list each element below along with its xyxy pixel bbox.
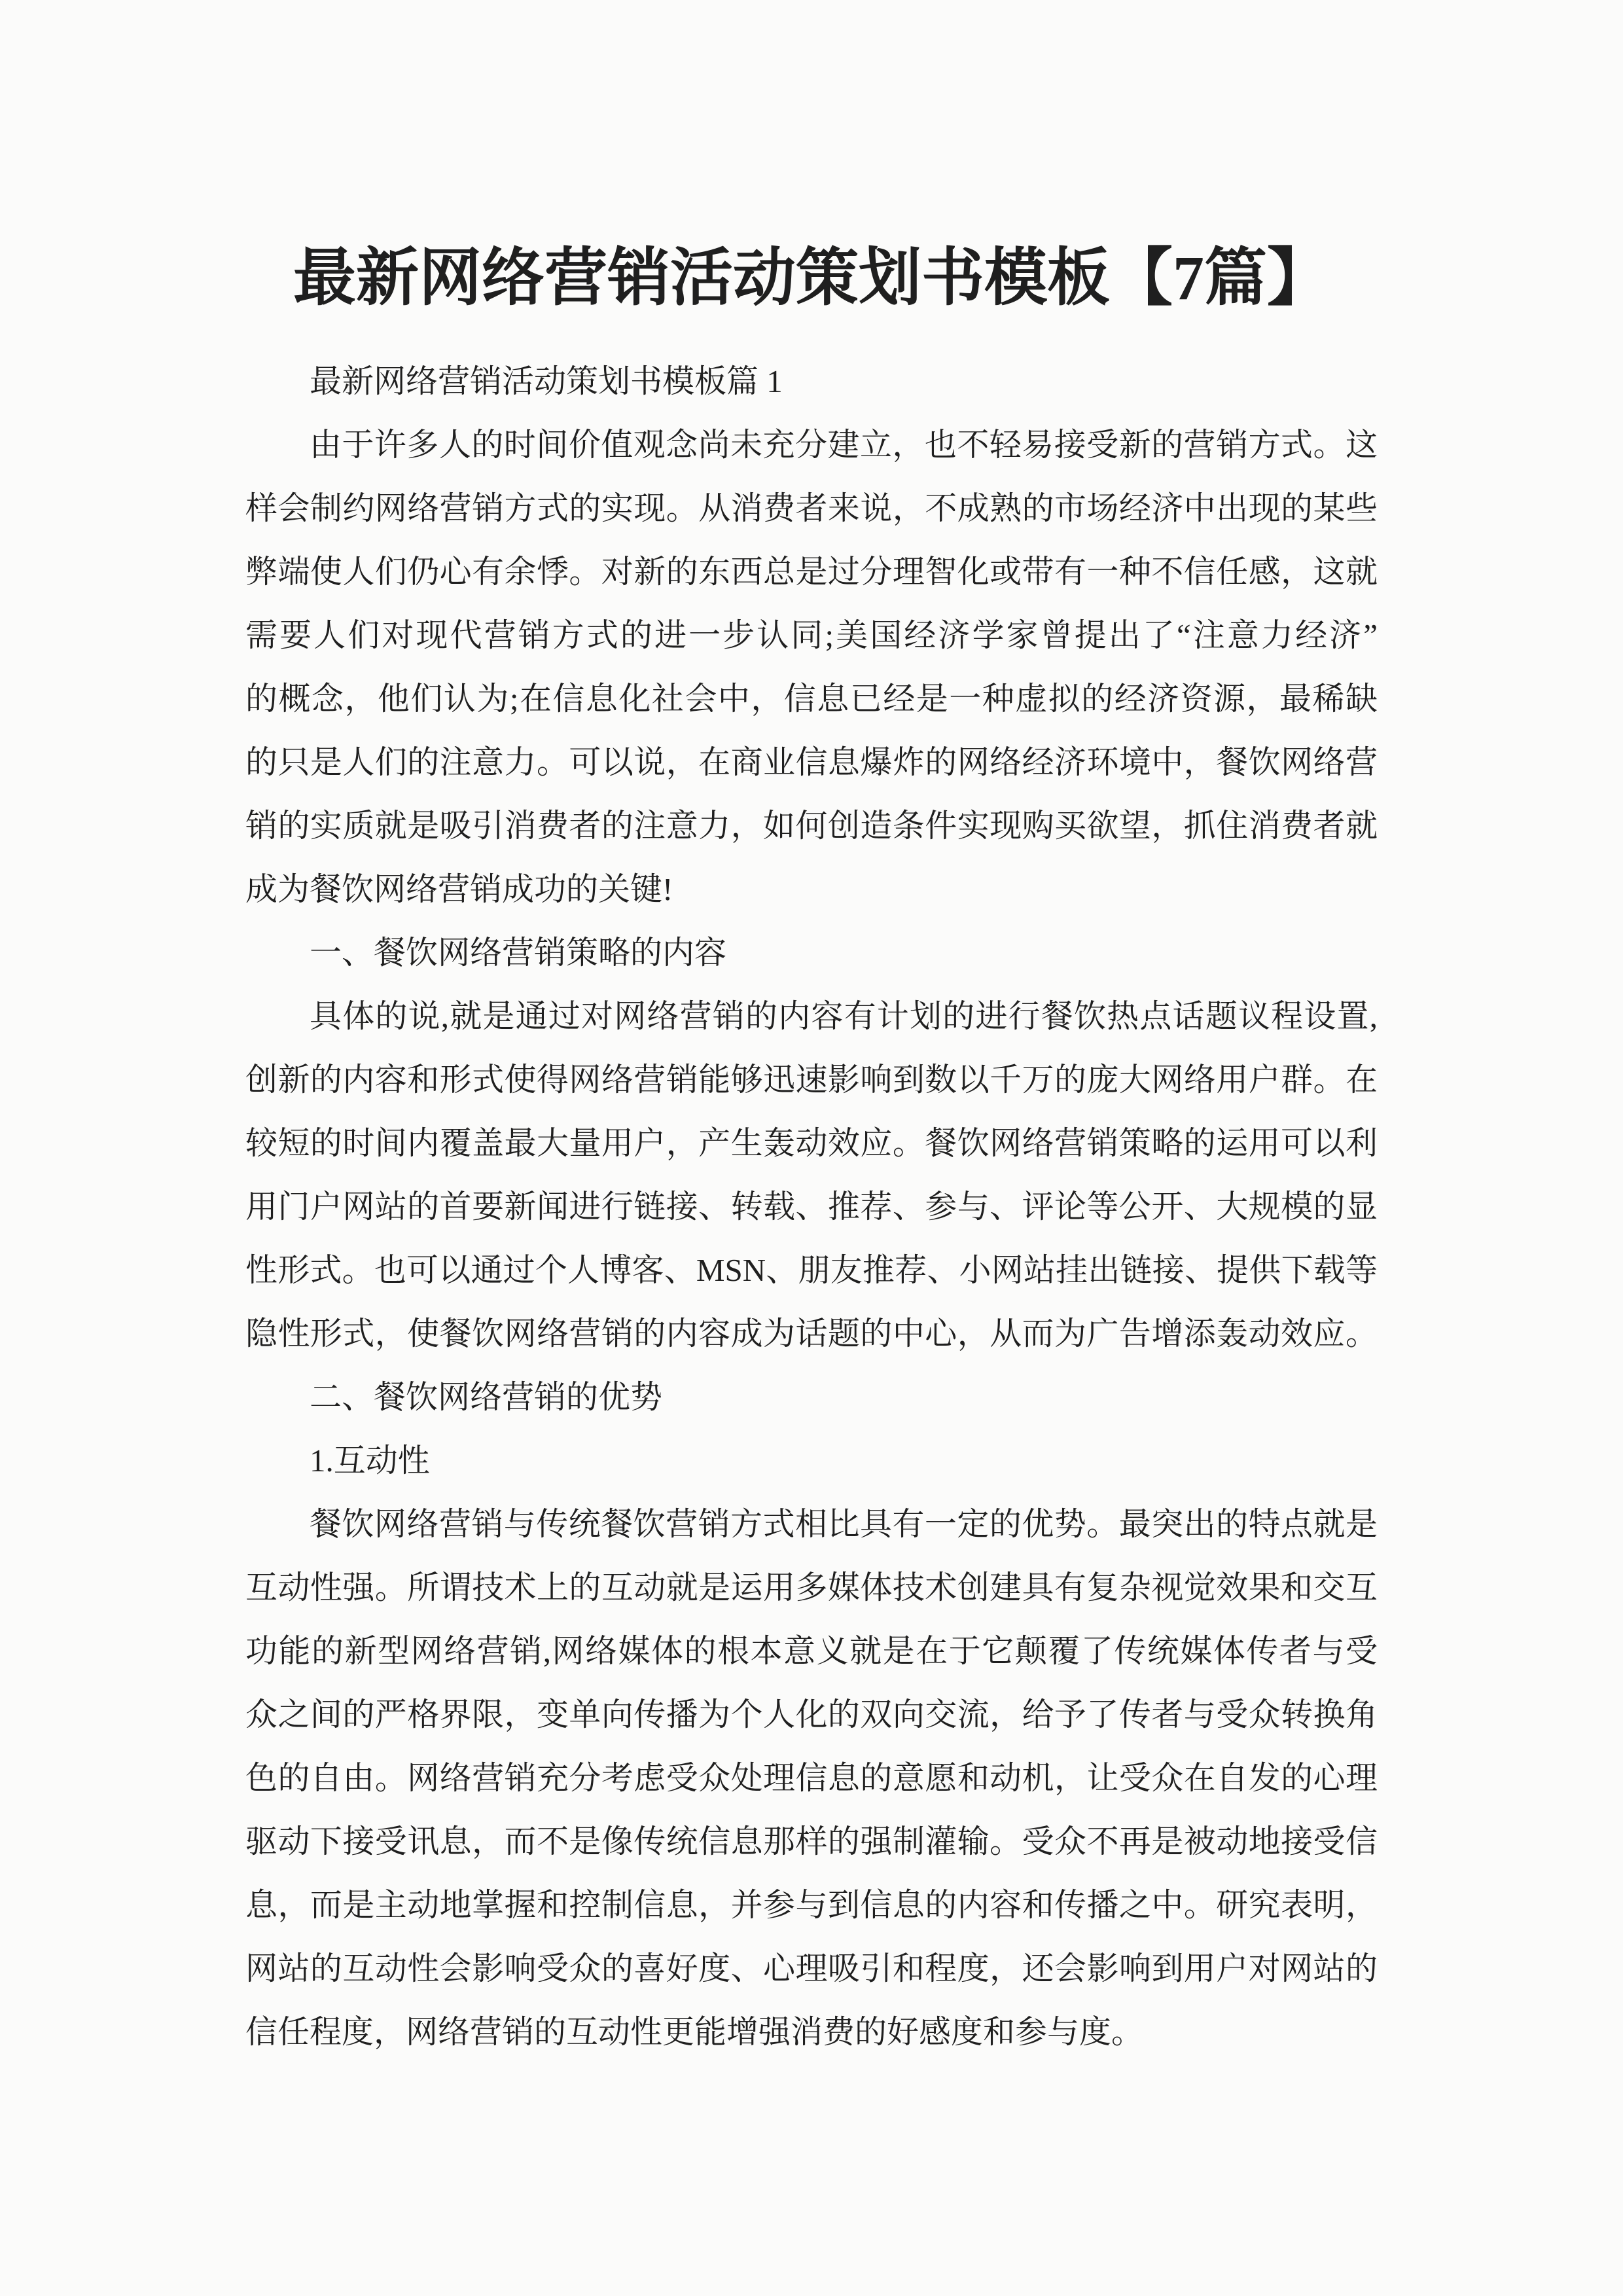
body-line: 最新网络营销活动策划书模板篇 1: [245, 350, 1378, 413]
document-title: 最新网络营销活动策划书模板【7篇】: [245, 233, 1378, 323]
body-line: 驱动下接受讯息，而不是像传统信息那样的强制灌输。受众不再是被动地接受信: [245, 1810, 1378, 1873]
body-line: 网站的互动性会影响受众的喜好度、心理吸引和程度，还会影响到用户对网站的: [245, 1937, 1378, 2000]
body-line: 1.互动性: [245, 1429, 1378, 1492]
document-body: 最新网络营销活动策划书模板篇 1由于许多人的时间价值观念尚未充分建立，也不轻易接…: [245, 350, 1378, 2064]
body-line: 互动性强。所谓技术上的互动就是运用多媒体技术创建具有复杂视觉效果和交互: [245, 1556, 1378, 1619]
body-line: 餐饮网络营销与传统餐饮营销方式相比具有一定的优势。最突出的特点就是: [245, 1492, 1378, 1556]
body-line: 众之间的严格界限，变单向传播为个人化的双向交流，给予了传者与受众转换角: [245, 1683, 1378, 1746]
body-line: 的只是人们的注意力。可以说，在商业信息爆炸的网络经济环境中，餐饮网络营: [245, 730, 1378, 794]
body-line: 由于许多人的时间价值观念尚未充分建立，也不轻易接受新的营销方式。这: [245, 413, 1378, 476]
document-page: 最新网络营销活动策划书模板【7篇】 最新网络营销活动策划书模板篇 1由于许多人的…: [0, 0, 1623, 2296]
body-line: 创新的内容和形式使得网络营销能够迅速影响到数以千万的庞大网络用户群。在: [245, 1048, 1378, 1111]
body-line: 弊端使人们仍心有余悸。对新的东西总是过分理智化或带有一种不信任感，这就: [245, 540, 1378, 603]
body-line: 隐性形式，使餐饮网络营销的内容成为话题的中心，从而为广告增添轰动效应。: [245, 1302, 1378, 1365]
body-line: 功能的新型网络营销,网络媒体的根本意义就是在于它颠覆了传统媒体传者与受: [245, 1619, 1378, 1683]
body-line: 的概念，他们认为;在信息化社会中，信息已经是一种虚拟的经济资源，最稀缺: [245, 667, 1378, 730]
body-line: 较短的时间内覆盖最大量用户，产生轰动效应。餐饮网络营销策略的运用可以利: [245, 1111, 1378, 1175]
body-line: 需要人们对现代营销方式的进一步认同;美国经济学家曾提出了“注意力经济”: [245, 603, 1378, 667]
body-line: 色的自由。网络营销充分考虑受众处理信息的意愿和动机，让受众在自发的心理: [245, 1746, 1378, 1810]
body-line: 信任程度，网络营销的互动性更能增强消费的好感度和参与度。: [245, 2000, 1378, 2064]
body-line: 息，而是主动地掌握和控制信息，并参与到信息的内容和传播之中。研究表明，: [245, 1873, 1378, 1937]
body-line: 一、餐饮网络营销策略的内容: [245, 921, 1378, 984]
body-line: 用门户网站的首要新闻进行链接、转载、推荐、参与、评论等公开、大规模的显: [245, 1175, 1378, 1238]
body-line: 成为餐饮网络营销成功的关键!: [245, 857, 1378, 921]
body-line: 销的实质就是吸引消费者的注意力，如何创造条件实现购买欲望，抓住消费者就: [245, 794, 1378, 857]
body-line: 具体的说,就是通过对网络营销的内容有计划的进行餐饮热点话题议程设置,: [245, 984, 1378, 1048]
body-line: 样会制约网络营销方式的实现。从消费者来说，不成熟的市场经济中出现的某些: [245, 476, 1378, 540]
body-line: 二、餐饮网络营销的优势: [245, 1365, 1378, 1429]
body-line: 性形式。也可以通过个人博客、MSN、朋友推荐、小网站挂出链接、提供下载等: [245, 1238, 1378, 1302]
